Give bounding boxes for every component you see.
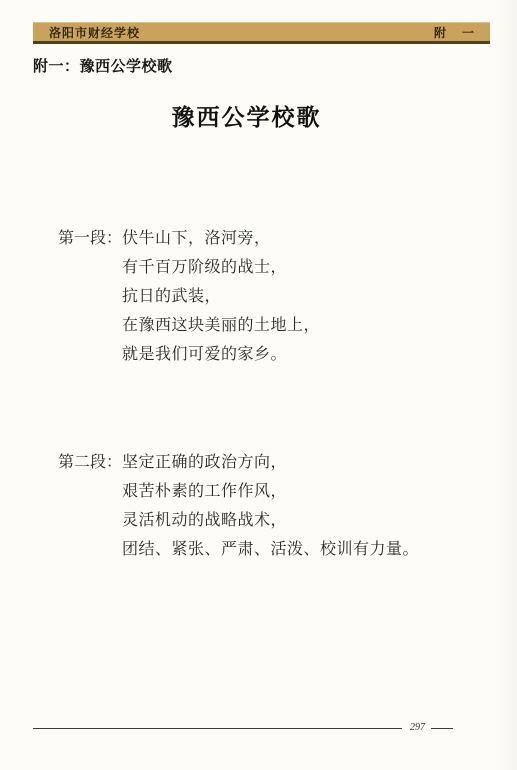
verse-1: 第一段： 伏牛山下，洛河旁， 有千百万阶级的战士， 抗日的武装， 在豫西这块美丽… — [58, 224, 320, 369]
verse-line: 在豫西这块美丽的土地上， — [122, 311, 320, 340]
verse-line: 坚定正确的政治方向， — [122, 448, 419, 477]
page-footer: 297 — [33, 721, 453, 735]
verse-line: 就是我们可爱的家乡。 — [122, 340, 320, 369]
verse-2-lines: 坚定正确的政治方向， 艰苦朴素的工作作风， 灵活机动的战略战术， 团结、紧张、严… — [122, 448, 419, 564]
page-number: 297 — [410, 723, 425, 733]
header-section-marker: 附 一 — [434, 24, 476, 41]
page-title: 豫西公学校歌 — [33, 99, 460, 132]
verse-line: 抗日的武装， — [122, 282, 320, 311]
footer-rule-right — [431, 728, 453, 729]
section-label: 附一：豫西公学校歌 — [33, 55, 173, 76]
header-school-name: 洛阳市财经学校 — [49, 24, 140, 41]
verse-2-label: 第二段： — [58, 448, 122, 477]
verse-1-lines: 伏牛山下，洛河旁， 有千百万阶级的战士， 抗日的武装， 在豫西这块美丽的土地上，… — [122, 224, 320, 369]
verse-line: 团结、紧张、严肃、活泼、校训有力量。 — [122, 535, 419, 564]
footer-rule-left — [33, 728, 402, 729]
verse-line: 艰苦朴素的工作作风， — [122, 477, 419, 506]
page-header-bar: 洛阳市财经学校 附 一 — [33, 22, 490, 44]
verse-1-label: 第一段： — [58, 224, 122, 253]
book-page: 洛阳市财经学校 附 一 附一：豫西公学校歌 豫西公学校歌 第一段： 伏牛山下，洛… — [0, 0, 517, 770]
verse-2: 第二段： 坚定正确的政治方向， 艰苦朴素的工作作风， 灵活机动的战略战术， 团结… — [58, 448, 419, 564]
verse-line: 伏牛山下，洛河旁， — [122, 224, 320, 253]
verse-line: 有千百万阶级的战士， — [122, 253, 320, 282]
verse-line: 灵活机动的战略战术， — [122, 506, 419, 535]
